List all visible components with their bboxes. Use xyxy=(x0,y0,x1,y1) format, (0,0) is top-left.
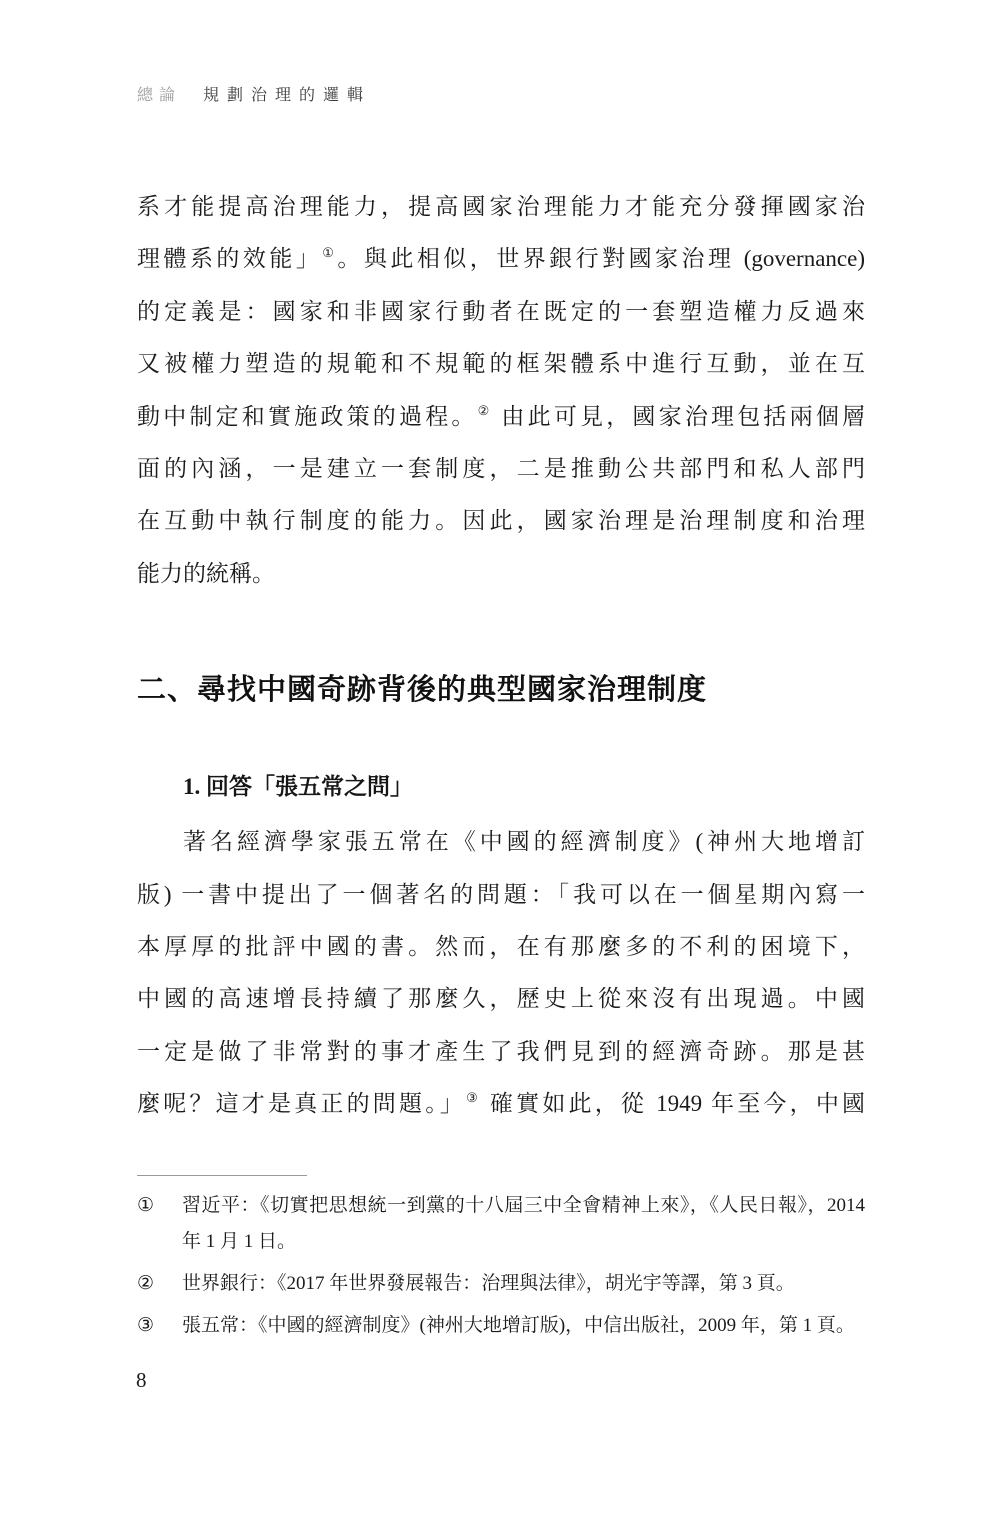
text-line: 的定義是：國家和非國家行動者在既定的一套塑造權力反過來 xyxy=(137,286,865,338)
paragraph: 著名經濟學家張五常在《中國的經濟制度》(神州大地增訂版) 一書中提出了一個著名的… xyxy=(137,816,865,1130)
text-line: 在互動中執行制度的能力。因此，國家治理是治理制度和治理 xyxy=(137,495,865,547)
footnote-marker: ② xyxy=(137,1266,154,1302)
subsection-heading: 1. 回答「張五常之問」 xyxy=(137,760,865,814)
text-line: 一定是做了非常對的事才產生了我們見到的經濟奇跡。那是甚 xyxy=(137,1026,865,1078)
paragraph: 系才能提高治理能力，提高國家治理能力才能充分發揮國家治理體系的效能」①。與此相似… xyxy=(137,181,865,600)
page-number: 8 xyxy=(136,1368,147,1393)
text-line: 版) 一書中提出了一個著名的問題：「我可以在一個星期內寫一 xyxy=(137,869,865,921)
running-header-chapter-title: 規劃治理的邏輯 xyxy=(203,87,371,104)
footnote-item: ①習近平：《切實把思想統一到黨的十八屆三中全會精神上來》，《人民日報》，2014… xyxy=(137,1188,865,1260)
footnote-text: 世界銀行：《2017 年世界發展報告：治理與法律》，胡光宇等譯，第 3 頁。 xyxy=(182,1273,795,1294)
text-line: 又被權力塑造的規範和不規範的框架體系中進行互動，並在互 xyxy=(137,338,865,390)
section-heading: 二、尋找中國奇跡背後的典型國家治理制度 xyxy=(137,662,865,718)
footnote-ref: ② xyxy=(478,403,493,418)
text-line: 面的內涵，一是建立一套制度，二是推動公共部門和私人部門 xyxy=(137,443,865,495)
footnote-list: ①習近平：《切實把思想統一到黨的十八屆三中全會精神上來》，《人民日報》，2014… xyxy=(137,1176,865,1344)
text-line: 理體系的效能」①。與此相似，世界銀行對國家治理 (governance) xyxy=(137,233,865,285)
text-line: 能力的統稱。 xyxy=(137,548,865,600)
footnote-item: ③張五常：《中國的經濟制度》(神州大地增訂版)，中信出版社，2009 年，第 1… xyxy=(137,1308,865,1344)
text-line: 中國的高速增長持續了那麼久，歷史上從來沒有出現過。中國 xyxy=(137,973,865,1025)
footnote-text: 習近平：《切實把思想統一到黨的十八屆三中全會精神上來》，《人民日報》，2014 … xyxy=(182,1195,865,1252)
text-line: 動中制定和實施政策的過程。② 由此可見，國家治理包括兩個層 xyxy=(137,391,865,443)
footnote-ref: ① xyxy=(322,245,337,260)
footnote-marker: ① xyxy=(137,1188,154,1224)
text-line: 麼呢？這才是真正的問題。」③ 確實如此，從 1949 年至今，中國 xyxy=(137,1078,865,1130)
book-page: 總論規劃治理的邏輯 系才能提高治理能力，提高國家治理能力才能充分發揮國家治理體系… xyxy=(0,0,1000,1513)
footnote-text: 張五常：《中國的經濟制度》(神州大地增訂版)，中信出版社，2009 年，第 1 … xyxy=(182,1315,855,1336)
footnote-marker: ③ xyxy=(137,1308,154,1344)
text-line: 著名經濟學家張五常在《中國的經濟制度》(神州大地增訂 xyxy=(137,816,865,868)
footnote-ref: ③ xyxy=(466,1090,481,1105)
footnotes-section: ①習近平：《切實把思想統一到黨的十八屆三中全會精神上來》，《人民日報》，2014… xyxy=(137,1175,865,1344)
text-line: 系才能提高治理能力，提高國家治理能力才能充分發揮國家治 xyxy=(137,181,865,233)
text-column: 系才能提高治理能力，提高國家治理能力才能充分發揮國家治理體系的效能」①。與此相似… xyxy=(137,181,865,1350)
footnote-item: ②世界銀行：《2017 年世界發展報告：治理與法律》，胡光宇等譯，第 3 頁。 xyxy=(137,1266,865,1302)
running-header: 總論規劃治理的邏輯 xyxy=(137,84,371,108)
running-header-part-label: 總論 xyxy=(137,87,181,104)
text-line: 本厚厚的批評中國的書。然而，在有那麼多的不利的困境下， xyxy=(137,921,865,973)
